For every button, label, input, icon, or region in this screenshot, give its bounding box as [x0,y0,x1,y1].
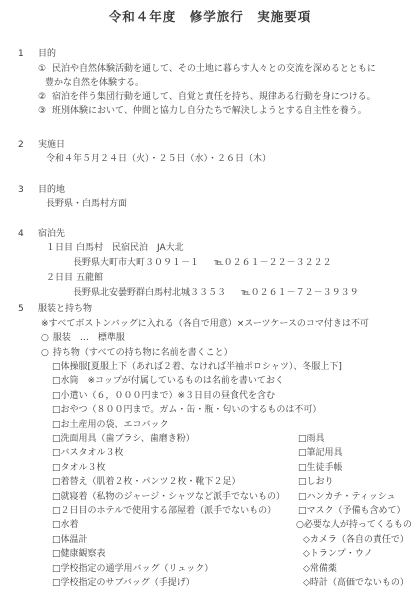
belongings-item: □着替え（肌着２枚・パンツ２枚・靴下２足） [52,475,298,489]
lodging-day-label: ２日目 [46,271,76,286]
item-label: 着替え（肌着２枚・パンツ２枚・靴下２足） [61,477,241,487]
belongings-row: □健康観察表 ◇トランプ・ウノ [52,547,420,561]
belongings-item: □就寝着（私物のジャージ・シャツなど派手でないもの） [52,490,298,504]
belongings-list-heading: ○持ち物（すべての持ち物に名前を書くこと） [41,346,420,361]
lodging-phone: ℡０２６１－７２－３９３９ [241,288,359,298]
item-label: 体操服[夏服上下（あれば２着、なければ半袖ポロシャツ）、冬服上下] [61,362,342,372]
checkbox-icon: □ [52,477,61,487]
checkbox-icon: □ [52,463,61,473]
clothing-text: 服装 … 標準服 [53,333,125,343]
belongings-row: □体温計 ◇カメラ（各自の責任で） [52,533,420,547]
circled-2-marker-icon: ② [38,90,52,104]
lodging-entries: １日目 白馬村 民宿民泊 JA大北 長野県大町市大町３０９１－１℡０２６１－２２… [0,241,420,301]
belongings-item: □バスタオル３枚 [52,446,298,460]
schedule-dates: 令和４年５月２４日（火）・２５日（水）・２６日（木） [46,152,420,167]
belongings-item: □水着 [52,518,298,532]
clothing-line: ○服装 … 標準服 [41,331,420,346]
belongings-heading-text: 持ち物（すべての持ち物に名前を書くこと） [53,348,233,358]
belongings-item: □体操服[夏服上下（あれば２着、なければ半袖ポロシャツ）、冬服上下] [52,360,420,374]
belongings-item: □体温計 [52,533,298,547]
belongings-item: □洗面用具（歯ブラシ、歯磨き粉） [52,432,298,446]
item-label: 生徒手帳 [307,463,343,473]
belongings-item: □お土産用の袋、エコバック [52,418,420,432]
item-label: 筆記用具 [307,448,343,458]
checkbox-icon: □ [52,492,61,502]
belongings-item: □水筒 ※コップが付属しているものは名前を書いておく [52,374,420,388]
item-label: 常備薬 [310,564,337,574]
checkbox-icon: □ [52,506,61,516]
belongings-item: □健康観察表 [52,547,298,561]
lodging-day2-address-line: 長野県北安曇野群白馬村北城３３５３℡０２６１－７２－３９３９ [73,286,420,301]
item-label: 水着 [61,520,79,530]
purpose-item: ②宿泊を伴う集団行動を通して、自覚と責任を持ち、規律ある行動を身につける。 [38,90,420,104]
checkbox-icon: □ [52,578,61,588]
checkbox-icon: □ [52,376,61,386]
belongings-item: □しおり [298,475,334,489]
item-label: カメラ（各自の責任で） [310,535,409,545]
circle-marker-icon: ○ [41,333,49,343]
section-heading: 服装と持ち物 [38,302,92,317]
belongings-item: □２日目のホテルで使用する部屋着（派手でないもの） [52,504,298,518]
item-label: お土産用の袋、エコバック [61,420,169,430]
circled-3-marker-icon: ③ [38,104,52,118]
item-label: タオル３枚 [61,463,106,473]
optional-item: ◇トランプ・ウノ [298,547,373,561]
section-number: 5 [18,302,38,317]
purpose-text: 宿泊を伴う集団行動を通して、自覚と責任を持ち、規律ある行動を身につける。 [52,92,376,102]
belongings-row: □学校指定の通学用バッグ（リュック） ◇常備薬 [52,562,420,576]
item-label: 学校指定のサブバッグ（手提げ） [61,578,195,588]
item-label: 小遣い（６，０００円まで）※３日目の昼食代を含む [61,391,276,401]
section-heading: 宿泊先 [38,227,65,242]
purpose-item: ③班別体験において、仲間と協力し自分たちで解決しようとする自主性を養う。 [38,104,420,118]
lodging-phone: ℡０２６１－２２－３２２２ [214,258,332,268]
circle-marker-icon: ○ [296,520,304,530]
item-label: 学校指定の通学用バッグ（リュック） [61,564,214,574]
checkbox-icon: □ [298,492,307,502]
section-number: 2 [18,138,38,153]
belongings-row: □２日目のホテルで使用する部屋着（派手でないもの） □マスク（予備も含めて） [52,504,420,518]
lodging-name: 五龍館 [76,271,103,286]
checkbox-icon: □ [52,362,61,372]
item-label: 時計（高価でないもの） [310,578,409,588]
lodging-day-label: １日目 [46,241,76,256]
document-page: 令和４年度 修学旅行 実施要項 1 目的 ①民泊や自然体験活動を通して、その土地… [0,8,420,607]
item-label: ハンカチ・ティッシュ [307,492,396,502]
checkbox-icon: □ [52,434,61,444]
belongings-row: □学校指定のサブバッグ（手提げ） ◇時計（高価でないもの） [52,576,420,590]
bag-rule-note: ※すべてボストンバッグに入れる（各自で用意）×スーツケースのコマ付きは不可 [41,317,420,332]
optional-item: ◇カメラ（各自の責任で） [298,533,409,547]
section-schedule-heading: 2 実施日 [0,138,420,153]
diamond-marker-icon: ◇ [303,549,310,559]
belongings-item: □雨具 [298,432,325,446]
item-label: 雨具 [307,434,325,444]
diamond-marker-icon: ◇ [303,535,310,545]
item-label: おやつ（８００円まで。ガム・缶・瓶・匂いのするものは不可） [61,405,322,415]
item-label: 水筒 ※コップが付属しているものは名前を書いておく [61,376,284,386]
diamond-marker-icon: ◇ [303,564,310,574]
checkbox-icon: □ [298,506,307,516]
belongings-item: □マスク（予備も含めて） [298,504,406,518]
purpose-item: ①民泊や自然体験活動を通して、その土地に暮らす人々との交流を深めるとともに [38,62,420,76]
lodging-address: 長野県大町市大町３０９１－１ [73,258,199,268]
item-label: 健康観察表 [61,549,106,559]
diamond-marker-icon: ◇ [303,578,310,588]
destination-text: 長野県・白馬村方面 [46,197,420,212]
optional-item: ◇常備薬 [298,562,337,576]
lodging-day1-address-line: 長野県大町市大町３０９１－１℡０２６１－２２－３２２２ [73,256,420,271]
optional-items-heading: ○必要な人が持ってくるもの [296,518,412,532]
purpose-text-wrap: 豊かな自然を体験する。 [45,76,420,90]
belongings-item: □タオル３枚 [52,461,298,475]
checkbox-icon: □ [298,448,307,458]
section-heading: 実施日 [38,138,65,153]
belongings-item: □筆記用具 [298,446,343,460]
circle-marker-icon: ○ [41,348,49,358]
checkbox-icon: □ [52,564,61,574]
section-lodging-heading: 4 宿泊先 [0,227,420,242]
belongings-item: □学校指定のサブバッグ（手提げ） [52,576,298,590]
item-label: 必要な人が持ってくるもの [304,520,412,530]
belongings-item: □学校指定の通学用バッグ（リュック） [52,562,298,576]
belongings-row: □タオル３枚 □生徒手帳 [52,461,420,475]
belongings-row: □洗面用具（歯ブラシ、歯磨き粉） □雨具 [52,432,420,446]
purpose-text: 民泊や自然体験活動を通して、その土地に暮らす人々との交流を深めるとともに [52,64,376,74]
section-heading: 目的地 [38,183,65,198]
checkbox-icon: □ [52,448,61,458]
section-purpose-heading: 1 目的 [0,47,420,62]
item-label: トランプ・ウノ [310,549,373,559]
section-heading: 目的 [38,47,56,62]
section-destination-heading: 3 目的地 [0,183,420,198]
item-label: バスタオル３枚 [61,448,124,458]
checkbox-icon: □ [52,549,61,559]
belongings-row: □就寝着（私物のジャージ・シャツなど派手でないもの） □ハンカチ・ティッシュ [52,490,420,504]
checkbox-icon: □ [52,420,61,430]
belongings-row: □水着 ○必要な人が持ってくるもの [52,518,420,532]
section-number: 1 [18,47,38,62]
lodging-address: 長野県北安曇野群白馬村北城３３５３ [73,288,226,298]
checkbox-icon: □ [298,463,307,473]
checkbox-icon: □ [52,535,61,545]
purpose-text: 班別体験において、仲間と協力し自分たちで解決しようとする自主性を養う。 [52,106,367,116]
checkbox-icon: □ [52,520,61,530]
belongings-item: □小遣い（６，０００円まで）※３日目の昼食代を含む [52,389,420,403]
item-label: 洗面用具（歯ブラシ、歯磨き粉） [61,434,195,444]
checkbox-icon: □ [298,434,307,444]
circled-1-marker-icon: ① [38,62,52,76]
item-label: マスク（予備も含めて） [307,506,406,516]
section-number: 4 [18,227,38,242]
item-label: 体温計 [61,535,88,545]
section-number: 3 [18,183,38,198]
belongings-item: □生徒手帳 [298,461,343,475]
purpose-list: ①民泊や自然体験活動を通して、その土地に暮らす人々との交流を深めるとともに 豊か… [0,62,420,118]
belongings-item: □ハンカチ・ティッシュ [298,490,396,504]
item-label: 就寝着（私物のジャージ・シャツなど派手でないもの） [61,492,285,502]
belongings-item: □おやつ（８００円まで。ガム・缶・瓶・匂いのするものは不可） [52,403,420,417]
belongings-row: □着替え（肌着２枚・パンツ２枚・靴下２足） □しおり [52,475,420,489]
checkbox-icon: □ [298,477,307,487]
document-title: 令和４年度 修学旅行 実施要項 [0,8,420,25]
optional-item: ◇時計（高価でないもの） [298,576,409,590]
checkbox-icon: □ [52,391,61,401]
lodging-day2-line: ２日目 五龍館 [46,271,420,286]
lodging-name: 白馬村 民宿民泊 JA大北 [76,241,184,256]
item-label: ２日目のホテルで使用する部屋着（派手でないもの） [61,506,277,516]
belongings-row: □バスタオル３枚 □筆記用具 [52,446,420,460]
checkbox-icon: □ [52,405,61,415]
item-label: しおり [307,477,334,487]
section-belongings-heading: 5 服装と持ち物 [0,302,420,317]
lodging-day1-line: １日目 白馬村 民宿民泊 JA大北 [46,241,420,256]
